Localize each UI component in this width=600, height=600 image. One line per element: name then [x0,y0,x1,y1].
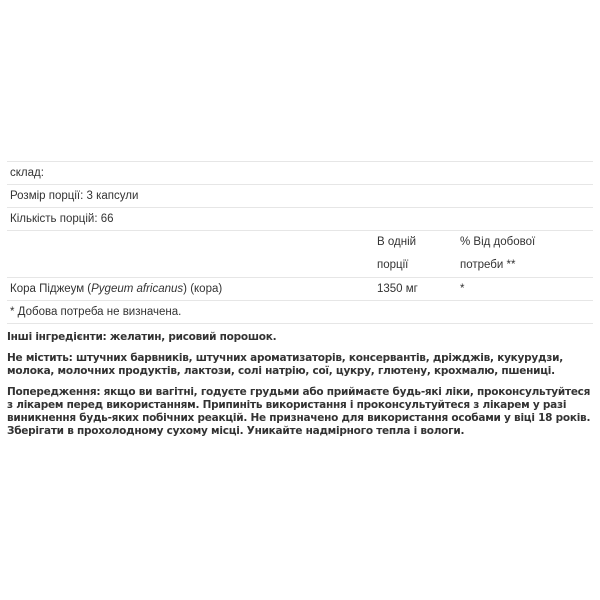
ingredient-latin-name: Pygeum africanus [91,283,183,295]
ingredient-name-prefix: Кора Піджеум ( [10,283,91,295]
header-per-serving-line1: В одній [377,231,454,254]
product-notes: Інші інгредієнти: желатин, рисовий порош… [7,331,591,446]
ingredient-amount: 1350 мг [374,278,457,301]
serving-size-row: Розмір порції: 3 капсули [7,185,593,208]
table-title-row: склад: [7,162,593,185]
table-title: склад: [7,162,593,185]
ingredient-daily-value: * [457,278,593,301]
supplement-facts-table: склад: Розмір порції: 3 капсули Кількіст… [7,161,593,324]
serving-size: Розмір порції: 3 капсули [7,185,593,208]
column-header-row: В одній порції % Від добової потреби ** [7,231,593,278]
warning: Попередження: якщо ви вагітні, годуєте г… [7,386,591,438]
does-not-contain: Не містить: штучних барвників, штучних а… [7,352,591,378]
footnote-row: * Добова потреба не визначена. [7,301,593,324]
header-daily-value: % Від добової потреби ** [457,231,593,278]
header-per-serving-line2: порції [377,254,454,277]
ingredient-name-suffix: ) (кора) [183,283,222,295]
ingredient-name: Кора Піджеум (Pygeum africanus) (кора) [7,278,374,301]
header-per-serving: В одній порції [374,231,457,278]
header-daily-value-line1: % Від добової [460,231,590,254]
servings-count: Кількість порцій: 66 [7,208,593,231]
header-empty-cell [7,231,374,278]
footnote: * Добова потреба не визначена. [7,301,593,324]
servings-count-row: Кількість порцій: 66 [7,208,593,231]
table-row: Кора Піджеум (Pygeum africanus) (кора) 1… [7,278,593,301]
other-ingredients: Інші інгредієнти: желатин, рисовий порош… [7,331,591,344]
header-daily-value-line2: потреби ** [460,254,590,277]
